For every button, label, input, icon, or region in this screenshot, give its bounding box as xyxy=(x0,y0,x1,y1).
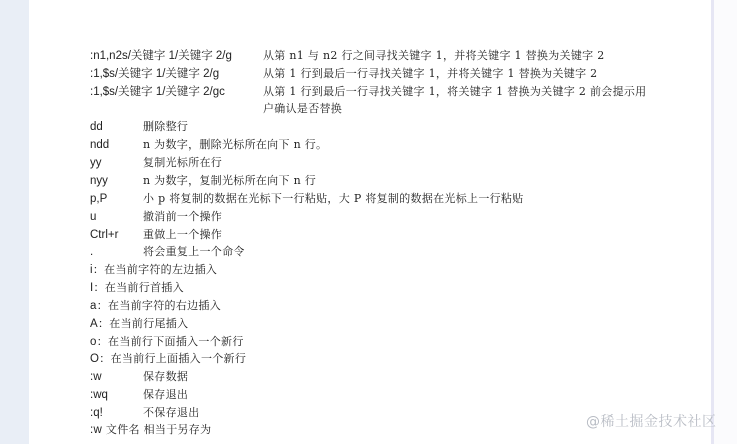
command-description: 撤消前一个操作 xyxy=(143,208,222,226)
insert-command-text: a：在当前字符的右边插入 xyxy=(90,297,221,315)
save-as-text: :w 文件名 相当于另存为 xyxy=(90,421,211,439)
command-description: 小 p 将复制的数据在光标下一行粘贴，大 P 将复制的数据在光标上一行粘贴 xyxy=(143,190,524,208)
command-description: 在当前行首插入 xyxy=(105,281,184,294)
command-description: 复制光标所在行 xyxy=(143,154,222,172)
command-text: nyy xyxy=(90,172,108,190)
command-description: n 为数字，删除光标所在向下 n 行。 xyxy=(143,136,327,154)
watermark-text: @稀土掘金技术社区 xyxy=(586,411,717,431)
command-description: 不保存退出 xyxy=(143,404,200,422)
command-description: 保存数据 xyxy=(143,368,188,386)
command-key: :w xyxy=(90,424,102,436)
command-text: :1,$s/关键字 1/关键字 2/gc xyxy=(90,83,225,101)
command-text: . xyxy=(90,243,93,261)
command-description: 保存退出 xyxy=(143,386,188,404)
command-description: 在当前行尾插入 xyxy=(109,317,188,330)
left-background xyxy=(0,0,29,444)
command-description: 删除整行 xyxy=(143,118,188,136)
command-text: u xyxy=(90,208,96,226)
command-description: 重做上一个操作 xyxy=(143,226,222,244)
command-text: :n1,n2s/关键字 1/关键字 2/g xyxy=(90,47,232,65)
separator: ： xyxy=(97,299,108,312)
command-text: :wq xyxy=(90,386,108,404)
command-text: :1,$s/关键字 1/关键字 2/g xyxy=(90,65,219,83)
command-description: 从第 1 行到最后一行寻找关键字 1，并将关键字 1 替换为关键字 2 xyxy=(263,65,597,83)
command-key: A xyxy=(90,318,98,330)
command-description: 在当前字符的左边插入 xyxy=(104,263,217,276)
command-description: 从第 1 行到最后一行寻找关键字 1，将关键字 1 替换为关键字 2 前会提示用 xyxy=(263,83,646,101)
separator: ： xyxy=(98,317,109,330)
command-description: 从第 n1 与 n2 行之间寻找关键字 1，并将关键字 1 替换为关键字 2 xyxy=(263,47,605,65)
command-description: 在当前行下面插入一个新行 xyxy=(108,335,244,348)
command-description-continued: 户确认是否替换 xyxy=(263,100,342,118)
command-description: n 为数字，复制光标所在向下 n 行 xyxy=(143,172,316,190)
separator: ： xyxy=(94,281,105,294)
command-description: 在当前字符的右边插入 xyxy=(108,299,221,312)
command-description: 在当前行上面插入一个新行 xyxy=(111,352,247,365)
command-text: :w xyxy=(90,368,102,386)
command-text: Ctrl+r xyxy=(90,226,118,244)
command-key: a xyxy=(90,300,97,312)
command-text: yy xyxy=(90,154,102,172)
command-text: ndd xyxy=(90,136,109,154)
insert-command-text: O：在当前行上面插入一个新行 xyxy=(90,350,246,368)
insert-command-text: I：在当前行首插入 xyxy=(90,279,184,297)
command-key: o xyxy=(90,336,97,348)
command-description: 文件名 相当于另存为 xyxy=(102,423,211,436)
separator: ： xyxy=(99,352,110,365)
command-text: p,P xyxy=(90,190,107,208)
command-text: :q! xyxy=(90,404,103,422)
command-text: dd xyxy=(90,118,103,136)
insert-command-text: i：在当前字符的左边插入 xyxy=(90,261,217,279)
command-key: O xyxy=(90,353,99,365)
insert-command-text: A：在当前行尾插入 xyxy=(90,315,188,333)
command-description: 将会重复上一个命令 xyxy=(143,243,245,261)
insert-command-text: o：在当前行下面插入一个新行 xyxy=(90,333,244,351)
separator: ： xyxy=(93,263,104,276)
right-background xyxy=(714,0,737,444)
separator: ： xyxy=(97,335,108,348)
